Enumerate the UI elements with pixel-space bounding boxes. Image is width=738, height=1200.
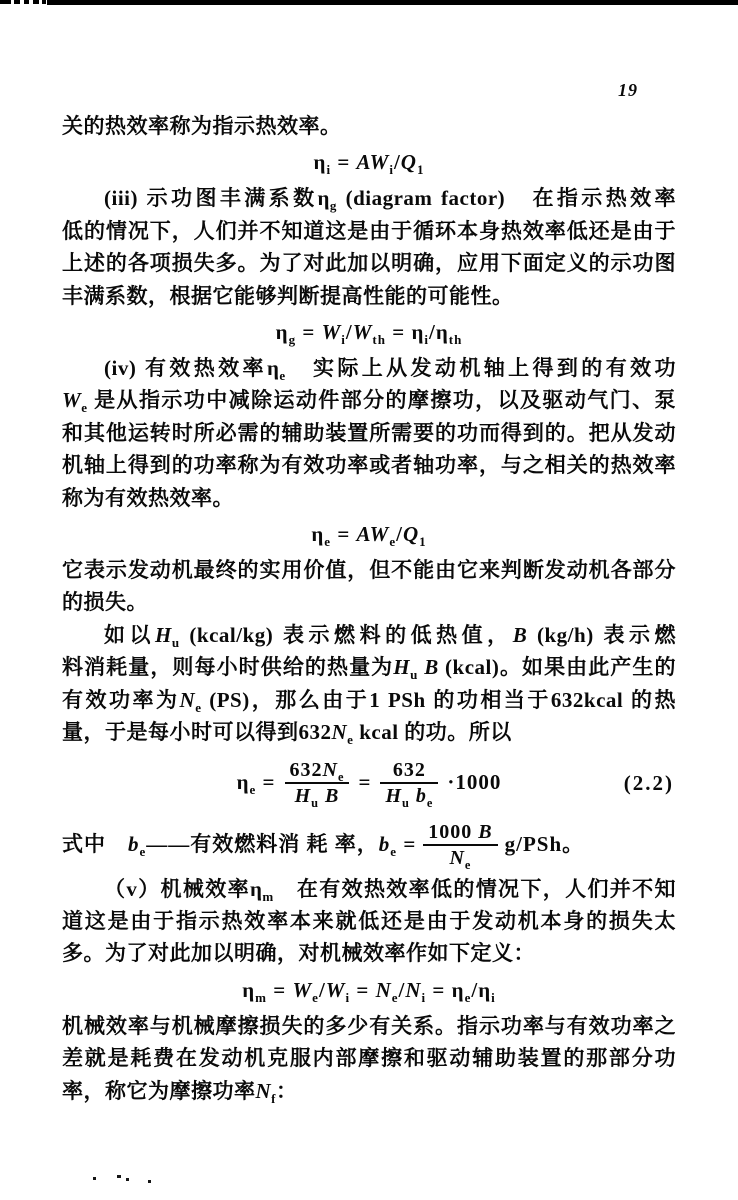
fraction: 632Hu be (380, 758, 438, 808)
equation-line: ηe =632NeHu B=632Hu be·1000(2.2) (62, 749, 676, 817)
scan-artifact-speck (126, 1178, 129, 1181)
formula-line: ηm = We/Wi = Ne/Ni = ηe/ηi (62, 970, 676, 1010)
scan-artifact-speck (148, 1180, 151, 1183)
text-line: 有效功率为Ne (PS)，那么由于1 PSh 的功相当于632kcal 的热 (62, 684, 676, 716)
text-line: 量，于是每小时可以得到632Ne kcal 的功。所以 (62, 716, 676, 748)
text-line: 的损失。 (62, 586, 676, 618)
equation-text: ηe = (237, 766, 276, 798)
text-line: We 是从指示功中减除运动件部分的摩擦功，以及驱动气门、泵 (62, 384, 676, 416)
text-line: (iii) 示功图丰满系数ηg (diagram factor) 在指示热效率 (62, 182, 676, 214)
page-number: 19 (618, 80, 638, 101)
scan-artifact-top-rule (47, 0, 738, 5)
text-line: （v）机械效率ηm 在有效热效率低的情况下，人们并不知 (62, 873, 676, 905)
formula-line: ηg = Wi/Wth = ηi/ηth (62, 312, 676, 352)
text-line: 低的情况下，人们并不知道这是由于循环本身热效率低还是由于 (62, 215, 676, 247)
fraction: 632NeHu B (285, 758, 350, 808)
text-line: 如以Hu (kcal/kg) 表示燃料的低热值，B (kg/h) 表示燃 (62, 619, 676, 651)
scan-artifact-dash (0, 0, 11, 4)
text-line: 丰满系数，根据它能够判断提高性能的可能性。 (62, 280, 676, 312)
equation-text: ·1000 (447, 766, 501, 798)
scan-artifact-dash (33, 0, 39, 4)
scan-artifact-dash (42, 0, 46, 4)
page-body: 关的热效率称为指示热效率。ηi = AWi/Q1(iii) 示功图丰满系数ηg … (62, 110, 676, 1107)
formula-line: ηi = AWi/Q1 (62, 142, 676, 182)
text-line: 机械效率与机械摩擦损失的多少有关系。指示功率与有效功率之 (62, 1010, 676, 1042)
text-line: 上述的各项损失多。为了对此加以明确，应用下面定义的示功图 (62, 247, 676, 279)
text-line: 机轴上得到的功率称为有效功率或者轴功率，与之相关的热效率 (62, 449, 676, 481)
text-line: 关的热效率称为指示热效率。 (62, 110, 676, 142)
inline-formula-line: 式中 be——有效燃料消 耗 率，be =1000 BNeg/PSh。 (62, 817, 676, 873)
text-line: 它表示发动机最终的实用价值，但不能由它来判断发动机各部分 (62, 554, 676, 586)
text-line: 率，称它为摩擦功率Nf： (62, 1075, 676, 1107)
text-line: 料消耗量，则每小时供给的热量为Hu B (kcal)。如果由此产生的 (62, 651, 676, 683)
scanned-book-page: 19 关的热效率称为指示热效率。ηi = AWi/Q1(iii) 示功图丰满系数… (0, 0, 738, 1200)
text-line: 多。为了对此加以明确，对机械效率作如下定义： (62, 937, 676, 969)
text-line: 和其他运转时所必需的辅助装置所需要的功而得到的。把从发动 (62, 417, 676, 449)
text-line: 称为有效热效率。 (62, 482, 676, 514)
formula-line: ηe = AWe/Q1 (62, 514, 676, 554)
scan-artifact-speck (117, 1175, 121, 1178)
fraction: 1000 BNe (423, 820, 497, 870)
equation-text: g/PSh。 (505, 828, 585, 860)
scan-artifact-speck (93, 1177, 96, 1180)
scan-artifact-dash (24, 0, 29, 4)
equation-text: 式中 be——有效燃料消 耗 率，be = (62, 828, 416, 860)
equation-text: = (358, 766, 371, 798)
equation-number: (2.2) (624, 766, 674, 798)
scan-artifact-dash (14, 0, 20, 4)
text-line: 差就是耗费在发动机克服内部摩擦和驱动辅助装置的那部分功 (62, 1042, 676, 1074)
text-line: (iv) 有效热效率ηe 实际上从发动机轴上得到的有效功 (62, 352, 676, 384)
text-line: 道这是由于指示热效率本来就低还是由于发动机本身的损失太 (62, 905, 676, 937)
